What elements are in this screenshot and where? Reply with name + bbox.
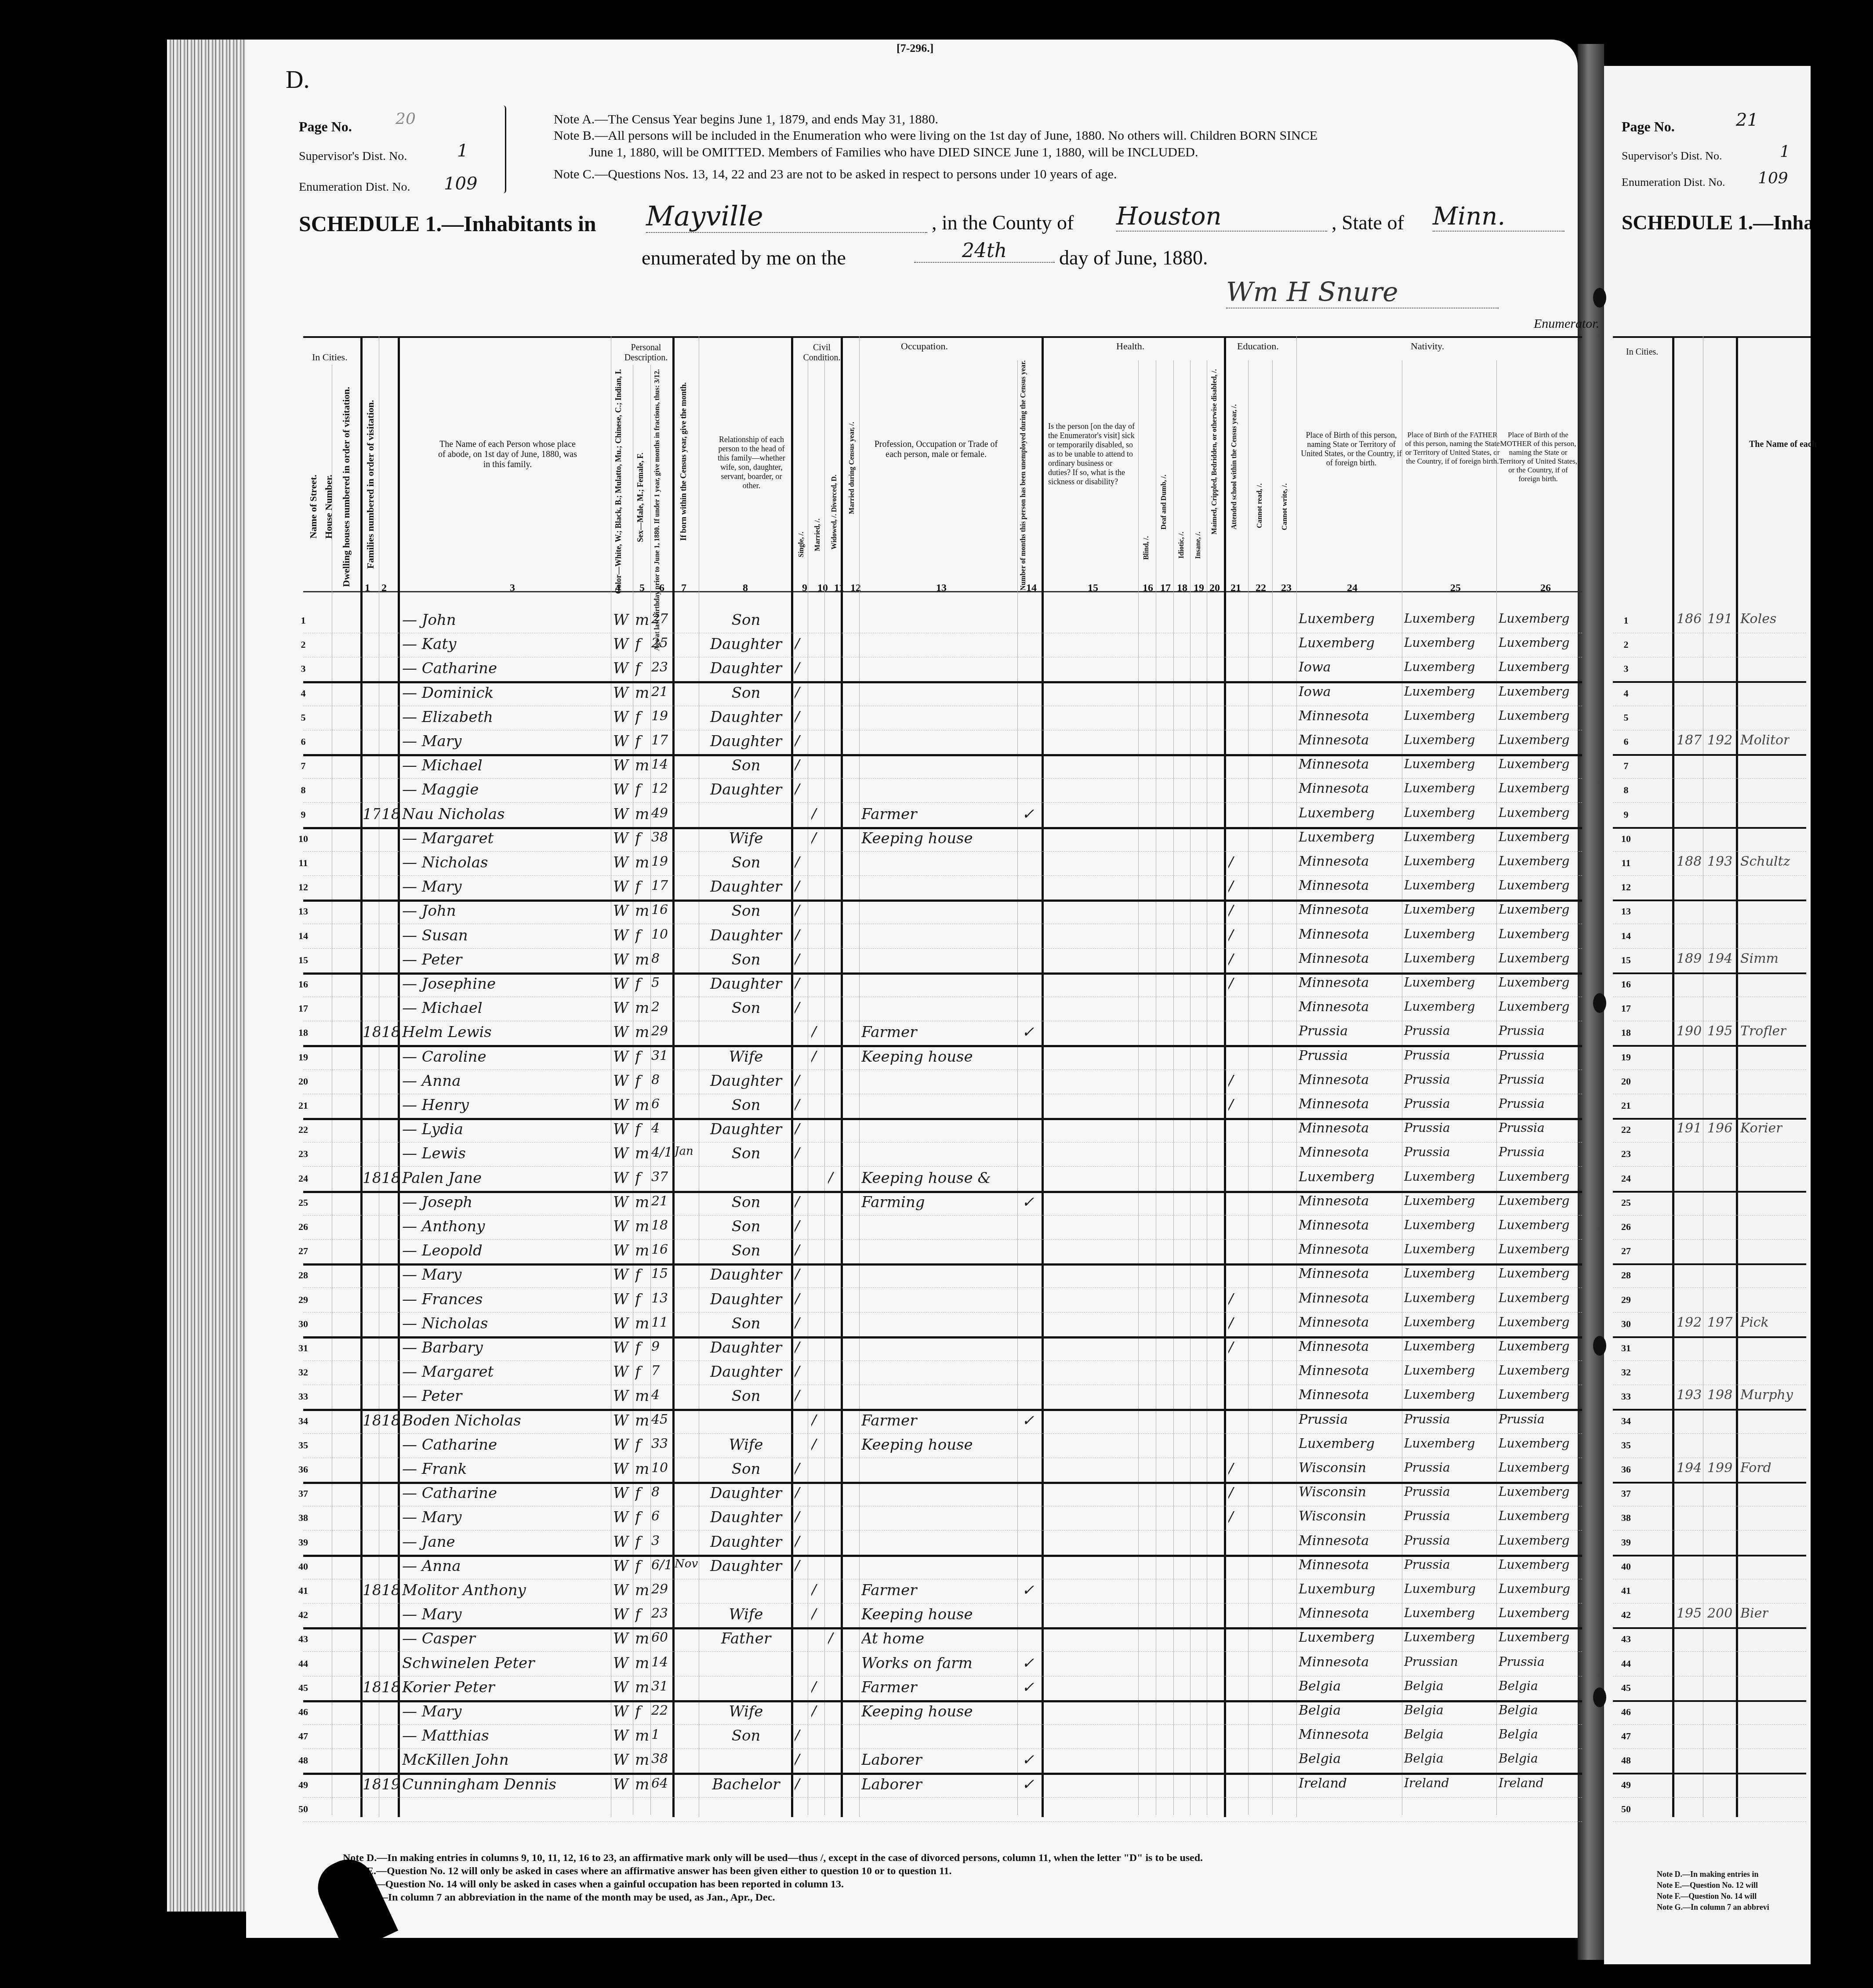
row-number: 19 [294, 1052, 312, 1063]
single-mark: / [795, 1266, 809, 1284]
row-number: 45 [294, 1682, 312, 1694]
dwelling-number: 182 [363, 1412, 380, 1429]
relationship: Son [701, 1096, 791, 1114]
father-birthplace: Prussia [1404, 1557, 1496, 1572]
single-mark: / [795, 684, 809, 702]
color: W [613, 1533, 633, 1551]
row-number: 5 [294, 712, 312, 723]
relationship: Son [701, 951, 791, 969]
right-table-row: 4 [1613, 682, 1806, 706]
right-row-number: 16 [1617, 979, 1635, 990]
age: 16 [651, 1242, 673, 1257]
right-table-row: 26 [1613, 1215, 1806, 1240]
person-name: — Anna [402, 1557, 609, 1575]
birthplace: Luxemberg [1299, 1630, 1402, 1645]
person-name: — Mary [402, 733, 609, 750]
col-8-header: Relationship of each person to the head … [714, 435, 789, 490]
row-number: 12 [294, 882, 312, 893]
row-number: 13 [294, 906, 312, 917]
right-table-row: 23 [1613, 1142, 1806, 1167]
person-name: — Joseph [402, 1194, 609, 1211]
person-name: Helm Lewis [402, 1023, 609, 1041]
attended-school-mark: / [1228, 854, 1248, 871]
age: 8 [651, 1484, 673, 1500]
right-table-row: 29 [1613, 1288, 1806, 1313]
color: W [613, 1194, 633, 1211]
single-mark: / [795, 1218, 809, 1235]
row-number: 42 [294, 1609, 312, 1621]
table-row: 28 — Mary W f 15 Daughter / Minnesota Lu… [303, 1263, 1582, 1288]
right-person-name: Koles [1740, 611, 1776, 627]
right-row-number: 7 [1617, 760, 1635, 772]
right-table-row: 20 [1613, 1070, 1806, 1094]
person-name: — Josephine [402, 975, 609, 993]
sex: m [635, 1776, 653, 1793]
row-number: 28 [294, 1270, 312, 1281]
col-5-header: Sex—Male, M.; Female, F. [636, 453, 645, 542]
state-name: Minn. [1433, 202, 1564, 232]
father-birthplace: Luxemberg [1404, 635, 1496, 650]
birthplace: Minnesota [1299, 708, 1402, 724]
right-row-number: 22 [1617, 1124, 1635, 1135]
occupation: Farmer [861, 805, 1017, 823]
right-table-row: 32 [1613, 1360, 1806, 1385]
right-table-row: 14 [1613, 924, 1806, 949]
right-table-row: 1186191Koles [1613, 609, 1806, 633]
right-table-row: 22191196Korier [1613, 1118, 1806, 1143]
father-birthplace: Luxemberg [1404, 854, 1496, 868]
table-row: 41 183 188 Molitor Anthony W m 29 / Farm… [303, 1579, 1582, 1603]
right-table-row: 9 [1613, 803, 1806, 829]
color: W [613, 830, 633, 847]
person-name: — Barbary [402, 1339, 609, 1357]
mother-birthplace: Luxemberg [1499, 1509, 1582, 1523]
relationship: Son [701, 611, 791, 629]
person-name: Boden Nicholas [402, 1412, 609, 1429]
age: 22 [651, 1703, 673, 1718]
person-name: — Catharine [402, 1484, 609, 1502]
relationship: Daughter [701, 1484, 791, 1502]
col-12-header: Married during Census year, /. [848, 422, 856, 514]
right-table-top-rule [1613, 336, 1811, 338]
relationship: Daughter [701, 927, 791, 944]
unemployed-check: ✓ [1022, 1654, 1042, 1672]
table-row: 22 — Lydia W f 4 Daughter / Minnesota Pr… [303, 1118, 1582, 1143]
birthplace: Iowa [1299, 684, 1402, 700]
note-a: Note A.—The Census Year begins June 1, 1… [554, 112, 938, 127]
col-4-header: Color—White, W.; Black, B.; Mulatto, Mu.… [614, 369, 623, 594]
group-civil: Civil Condition. [795, 343, 848, 363]
row-number: 24 [294, 1173, 312, 1184]
col-25-header: Place of Birth of the FATHER of this per… [1404, 431, 1501, 466]
father-birthplace: Luxemberg [1404, 1630, 1496, 1644]
family-number: 185 [381, 1023, 399, 1041]
enumerated-label: enumerated by me on the [642, 246, 846, 269]
person-name: — Leopold [402, 1242, 609, 1259]
age: 14 [651, 757, 673, 772]
right-table-row: 34 [1613, 1409, 1806, 1434]
row-number: 36 [294, 1464, 312, 1475]
right-table-row: 11188193Schultz [1613, 851, 1806, 876]
person-name: — Catharine [402, 1436, 609, 1454]
right-row-number: 35 [1617, 1440, 1635, 1451]
person-name: — Nicholas [402, 1315, 609, 1332]
relationship: Daughter [701, 708, 791, 726]
color: W [613, 1582, 633, 1599]
birthplace: Minnesota [1299, 1145, 1402, 1160]
person-name: Molitor Anthony [402, 1582, 609, 1599]
family-number: 190 [381, 1776, 399, 1793]
dwelling-number: 181 [363, 1169, 380, 1187]
father-birthplace: Luxemberg [1404, 999, 1496, 1014]
col-num-4: 4 [615, 582, 621, 594]
father-birthplace: Prussia [1404, 1484, 1496, 1499]
right-table-row: 47 [1613, 1724, 1806, 1749]
relationship: Son [701, 1194, 791, 1211]
right-row-number: 34 [1617, 1415, 1635, 1427]
row-number: 9 [294, 809, 312, 820]
person-name: — Lewis [402, 1145, 609, 1162]
birthplace: Minnesota [1299, 757, 1402, 772]
color: W [613, 611, 633, 629]
color: W [613, 1460, 633, 1478]
person-name: Schwinelen Peter [402, 1654, 609, 1672]
attended-school-mark: / [1228, 951, 1248, 969]
color: W [613, 1291, 633, 1308]
single-mark: / [795, 1096, 809, 1114]
sex: m [635, 1679, 653, 1696]
right-person-name: Pick [1740, 1315, 1769, 1330]
mother-birthplace: Luxemberg [1499, 902, 1582, 917]
person-name: — Dominick [402, 684, 609, 702]
birthplace: Minnesota [1299, 1096, 1402, 1112]
right-dwelling-number: 192 [1677, 1315, 1702, 1330]
color: W [613, 684, 633, 702]
sex: m [635, 1727, 653, 1745]
right-row-number: 2 [1617, 639, 1635, 650]
row-number: 7 [294, 760, 312, 772]
person-name: — Caroline [402, 1048, 609, 1066]
right-row-number: 9 [1617, 809, 1635, 820]
sex: f [635, 1363, 653, 1381]
group-education: Education. [1237, 341, 1279, 352]
father-birthplace: Luxemberg [1404, 927, 1496, 941]
right-row-number: 5 [1617, 712, 1635, 723]
father-birthplace: Belgia [1404, 1703, 1496, 1717]
father-birthplace: Luxemberg [1404, 830, 1496, 844]
mother-birthplace: Luxemberg [1499, 854, 1582, 868]
birthplace: Luxemberg [1299, 805, 1402, 821]
right-table-row: 35 [1613, 1433, 1806, 1458]
table-row: 24 181 186 Palen Jane W f 37 / Keeping h… [303, 1167, 1582, 1193]
color: W [613, 1509, 633, 1526]
table-row: 17 — Michael W m 2 Son / Minnesota Luxem… [303, 997, 1582, 1021]
right-row-number: 3 [1617, 663, 1635, 675]
table-top-rule [303, 336, 1582, 338]
state-label: , State of [1332, 211, 1404, 234]
mother-birthplace: Luxemberg [1499, 1606, 1582, 1620]
birthplace: Prussia [1299, 1048, 1402, 1063]
right-family-number: 192 [1707, 733, 1732, 748]
right-row-number: 10 [1617, 833, 1635, 845]
group-personal: Personal Description. [613, 343, 679, 363]
relationship: Son [701, 902, 791, 920]
col-num-2: 2 [381, 582, 387, 594]
sex: m [635, 1218, 653, 1235]
birthplace: Belgia [1299, 1751, 1402, 1767]
mother-birthplace: Luxemberg [1499, 1194, 1582, 1208]
form-letter: D. [286, 66, 309, 94]
birthplace: Minnesota [1299, 1291, 1402, 1306]
right-person-name: Korier [1740, 1121, 1782, 1136]
right-row-number: 19 [1617, 1052, 1635, 1063]
right-row-number: 26 [1617, 1221, 1635, 1233]
birthplace: Minnesota [1299, 927, 1402, 942]
color: W [613, 999, 633, 1017]
right-dwelling-number: 187 [1677, 733, 1702, 748]
mother-birthplace: Luxemberg [1499, 1291, 1582, 1305]
right-row-number: 37 [1617, 1488, 1635, 1499]
row-number: 29 [294, 1294, 312, 1306]
father-birthplace: Luxemberg [1404, 1266, 1496, 1281]
right-in-cities: In Cities. [1626, 347, 1658, 357]
birthplace: Wisconsin [1299, 1460, 1402, 1476]
binder-hole [1593, 288, 1606, 308]
right-enumeration-value: 109 [1758, 169, 1788, 187]
father-birthplace: Luxemberg [1404, 781, 1496, 795]
age: 3 [651, 1533, 673, 1549]
birthplace: Iowa [1299, 660, 1402, 675]
color: W [613, 1096, 633, 1114]
relationship: Daughter [701, 1339, 791, 1357]
right-row-number: 50 [1617, 1803, 1635, 1815]
single-mark: / [795, 999, 809, 1017]
single-mark: / [795, 878, 809, 896]
table-row: 36 — Frank W m 10 Son / / Wisconsin Prus… [303, 1458, 1582, 1484]
col-num-18: 18 [1177, 582, 1187, 594]
dwelling-number: 185 [363, 1776, 380, 1793]
color: W [613, 1654, 633, 1672]
supervisor-label: Supervisor's Dist. No. [299, 149, 407, 163]
mother-birthplace: Luxemberg [1499, 635, 1582, 650]
right-row-number: 27 [1617, 1245, 1635, 1257]
sex: m [635, 805, 653, 823]
single-mark: / [795, 1315, 809, 1332]
relationship: Daughter [701, 1072, 791, 1090]
age: 31 [651, 1679, 673, 1694]
sex: f [635, 1509, 653, 1526]
age: 27 [651, 611, 673, 627]
color: W [613, 660, 633, 677]
family-number: 189 [381, 1679, 399, 1696]
attended-school-mark: / [1228, 1096, 1248, 1114]
age: 10 [651, 927, 673, 942]
age: 19 [651, 854, 673, 869]
color: W [613, 1072, 633, 1090]
color: W [613, 1776, 633, 1793]
occupation: Keeping house & [861, 1169, 1017, 1187]
right-table-row: 44 [1613, 1652, 1806, 1676]
person-name: — Margaret [402, 830, 609, 847]
supervisor-value: 1 [457, 141, 468, 161]
father-birthplace: Prussia [1404, 1145, 1496, 1159]
col-22-header: Cannot read, /. [1256, 483, 1264, 528]
col-num-26: 26 [1540, 582, 1551, 594]
right-table-row: 16 [1613, 972, 1806, 997]
mother-birthplace: Luxemberg [1499, 830, 1582, 844]
table-row: 1 — John W m 27 Son Luxemberg Luxemberg … [303, 609, 1582, 633]
birthplace: Prussia [1299, 1412, 1402, 1427]
sex: f [635, 635, 653, 653]
table-row: 37 — Catharine W f 8 Daughter / / Wiscon… [303, 1482, 1582, 1506]
row-number: 33 [294, 1391, 312, 1402]
right-dwelling-number: 193 [1677, 1387, 1702, 1403]
relationship: Daughter [701, 660, 791, 677]
father-birthplace: Luxemberg [1404, 1387, 1496, 1402]
unemployed-check: ✓ [1022, 1194, 1042, 1211]
age: 60 [651, 1630, 673, 1645]
father-birthplace: Belgia [1404, 1751, 1496, 1766]
mother-birthplace: Luxemberg [1499, 781, 1582, 795]
row-number: 30 [294, 1318, 312, 1330]
father-birthplace: Luxemberg [1404, 975, 1496, 990]
father-birthplace: Luxemberg [1404, 684, 1496, 699]
birthplace: Minnesota [1299, 902, 1402, 918]
sex: f [635, 781, 653, 798]
occupation: Farmer [861, 1582, 1017, 1599]
relationship: Daughter [701, 1509, 791, 1526]
table-row: 2 — Katy W f 25 Daughter / Luxemberg Lux… [303, 633, 1582, 657]
right-table-row: 8 [1613, 778, 1806, 803]
birthplace: Belgia [1299, 1679, 1402, 1694]
group-occupation: Occupation. [901, 341, 948, 352]
enumeration-label: Enumeration Dist. No. [299, 180, 410, 194]
occupation: Keeping house [861, 1703, 1017, 1720]
married-mark: / [811, 805, 826, 823]
single-mark: / [795, 1072, 809, 1090]
mother-birthplace: Belgia [1499, 1751, 1582, 1766]
sex: m [635, 902, 653, 920]
color: W [613, 757, 633, 774]
form-number: [7-296.] [897, 42, 933, 55]
color: W [613, 1339, 633, 1357]
relationship: Son [701, 1460, 791, 1478]
sex: f [635, 1339, 653, 1357]
sex: f [635, 1121, 653, 1138]
single-mark: / [795, 902, 809, 920]
sex: f [635, 1291, 653, 1308]
mother-birthplace: Luxemberg [1499, 733, 1582, 747]
color: W [613, 1606, 633, 1623]
mother-birthplace: Prussia [1499, 1023, 1582, 1038]
father-birthplace: Belgia [1404, 1727, 1496, 1741]
table-row: 30 — Nicholas W m 11 Son / / Minnesota L… [303, 1312, 1582, 1339]
col-7-header: If born within the Census year, give the… [679, 382, 688, 541]
age: 37 [651, 1169, 673, 1185]
right-name-header: The Name of each [1749, 439, 1817, 450]
row-number: 25 [294, 1197, 312, 1208]
occupation: Keeping house [861, 1606, 1017, 1623]
family-number: 186 [381, 1169, 399, 1187]
right-family-number: 200 [1707, 1606, 1732, 1621]
right-row-number: 38 [1617, 1512, 1635, 1524]
age: 9 [651, 1339, 673, 1354]
right-table-row: 13 [1613, 900, 1806, 924]
table-row: 7 — Michael W m 14 Son / Minnesota Luxem… [303, 754, 1582, 779]
right-table-row: 12 [1613, 875, 1806, 901]
table-row: 47 — Matthias W m 1 Son / Minnesota Belg… [303, 1724, 1582, 1749]
right-row-number: 30 [1617, 1318, 1635, 1330]
dwelling-number: 184 [363, 1679, 380, 1696]
row-number: 37 [294, 1488, 312, 1499]
age: 6/12 [651, 1557, 673, 1573]
father-birthplace: Prussia [1404, 1460, 1496, 1475]
age: 49 [651, 805, 673, 821]
age: 10 [651, 1460, 673, 1476]
mother-birthplace: Belgia [1499, 1727, 1582, 1741]
color: W [613, 1727, 633, 1745]
right-row-number: 46 [1617, 1706, 1635, 1718]
col-num-5: 5 [639, 582, 645, 594]
right-table-row: 18190195Trofler [1613, 1021, 1806, 1047]
right-row-number: 11 [1617, 857, 1635, 869]
col-num-19: 19 [1194, 582, 1204, 594]
right-table-row: 15189194Simm [1613, 948, 1806, 974]
table-row: 34 182 187 Boden Nicholas W m 45 / Farme… [303, 1409, 1582, 1434]
person-name: — Casper [402, 1630, 609, 1647]
age: 12 [651, 781, 673, 796]
attended-school-mark: / [1228, 1291, 1248, 1308]
right-person-name: Ford [1740, 1460, 1771, 1476]
right-dwelling-number: 195 [1677, 1606, 1702, 1621]
person-name: McKillen John [402, 1751, 609, 1769]
table-row: 40 — Anna W f 6/12 Nov Daughter / Minnes… [303, 1555, 1582, 1579]
mother-birthplace: Luxemberg [1499, 805, 1582, 820]
birthplace: Minnesota [1299, 1557, 1402, 1573]
col-num-24: 24 [1347, 582, 1358, 594]
color: W [613, 1363, 633, 1381]
mother-birthplace: Ireland [1499, 1776, 1582, 1790]
sex: m [635, 1460, 653, 1478]
married-mark: / [811, 1703, 826, 1720]
table-row: 45 184 189 Korier Peter W m 31 / Farmer … [303, 1676, 1582, 1702]
col-num-6: 6 [659, 582, 664, 594]
table-row: 48 McKillen John W m 38 / Laborer ✓ Belg… [303, 1749, 1582, 1775]
birthplace: Minnesota [1299, 1363, 1402, 1379]
mother-birthplace: Prussia [1499, 1412, 1582, 1426]
age: 23 [651, 660, 673, 675]
father-birthplace: Luxemberg [1404, 1315, 1496, 1329]
birth-month: Nov [675, 1557, 699, 1571]
row-number: 38 [294, 1512, 312, 1524]
mother-birthplace: Prussia [1499, 1048, 1582, 1063]
mother-birthplace: Prussia [1499, 1654, 1582, 1669]
age: 4 [651, 1121, 673, 1136]
father-birthplace: Luxemberg [1404, 757, 1496, 771]
right-row-number: 25 [1617, 1197, 1635, 1208]
table-row: 21 — Henry W m 6 Son / / Minnesota Pruss… [303, 1094, 1582, 1120]
unemployed-check: ✓ [1022, 1412, 1042, 1429]
age: 4/12 [651, 1145, 673, 1160]
person-name: — Lydia [402, 1121, 609, 1138]
person-name: — Mary [402, 878, 609, 896]
occupation: Laborer [861, 1776, 1017, 1793]
relationship: Son [701, 999, 791, 1017]
person-name: Cunningham Dennis [402, 1776, 609, 1793]
table-row: 38 — Mary W f 6 Daughter / / Wisconsin P… [303, 1506, 1582, 1531]
right-row-number: 1 [1617, 615, 1635, 626]
right-row-number: 40 [1617, 1561, 1635, 1572]
